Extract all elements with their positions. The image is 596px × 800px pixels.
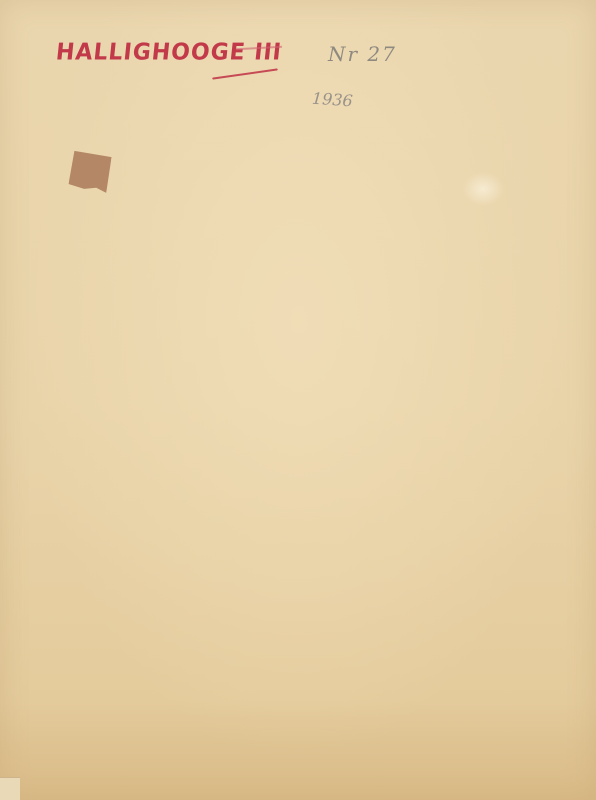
title-underline	[212, 68, 278, 79]
paper-sheet: HALLIGHOOGE III Nr 27 1936	[0, 0, 596, 800]
paper-aging-edge	[0, 700, 596, 800]
paper-stain	[462, 172, 504, 206]
year-inscription: 1936	[311, 89, 353, 111]
number-inscription: Nr 27	[328, 42, 397, 66]
corner-tear	[0, 777, 20, 800]
title-inscription: HALLIGHOOGE III	[55, 39, 284, 65]
tape-fragment	[68, 149, 112, 193]
